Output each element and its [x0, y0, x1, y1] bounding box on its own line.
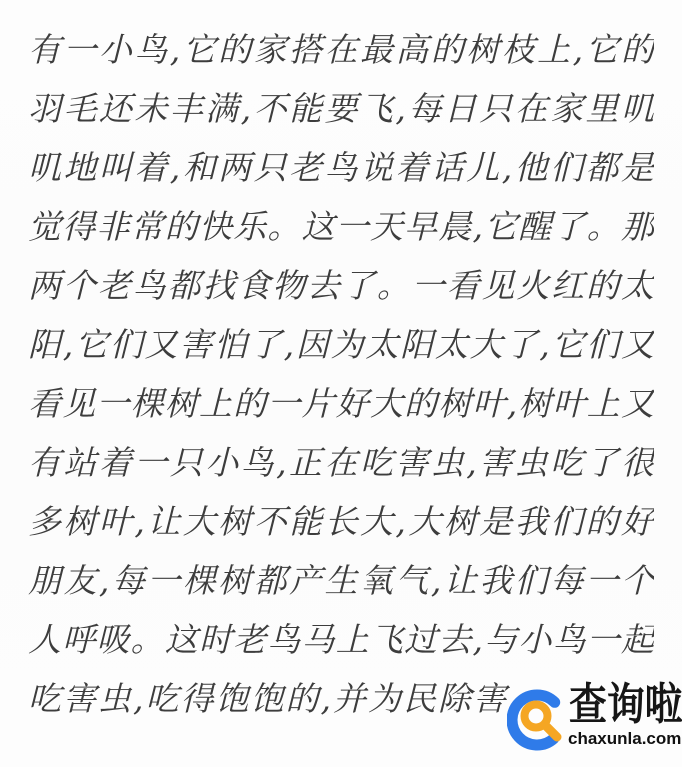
watermark-site-url: chaxunla.com — [568, 729, 681, 749]
essay-line: 羽毛还未丰满,不能要飞,每日只在家里叽 — [28, 79, 654, 138]
magnifier-icon — [507, 688, 569, 756]
essay-line: 有站着一只小鸟,正在吃害虫,害虫吃了很 — [28, 433, 654, 492]
handwritten-essay-page: 有一小鸟,它的家搭在最高的树枝上,它的 羽毛还未丰满,不能要飞,每日只在家里叽 … — [0, 0, 682, 767]
watermark-brand-name: 查询啦 — [569, 682, 682, 728]
magnifier-handle — [545, 725, 557, 737]
essay-line: 看见一棵树上的一片好大的树叶,树叶上又 — [28, 374, 654, 433]
essay-line: 叽地叫着,和两只老鸟说着话儿,他们都是 — [28, 138, 654, 197]
essay-line: 有一小鸟,它的家搭在最高的树枝上,它的 — [28, 20, 654, 79]
essay-line: 两个老鸟都找食物去了。一看见火红的太 — [28, 256, 654, 315]
essay-text-block: 有一小鸟,它的家搭在最高的树枝上,它的 羽毛还未丰满,不能要飞,每日只在家里叽 … — [28, 20, 654, 728]
essay-line: 多树叶,让大树不能长大,大树是我们的好 — [28, 492, 654, 551]
essay-line: 朋友,每一棵树都产生氧气,让我们每一个 — [28, 551, 654, 610]
watermark-chaxunla: 查询啦 chaxunla.com — [505, 682, 682, 764]
essay-line: 觉得非常的快乐。这一天早晨,它醒了。那 — [28, 197, 654, 256]
essay-line: 阳,它们又害怕了,因为太阳太大了,它们又 — [28, 315, 654, 374]
essay-line: 人呼吸。这时老鸟马上飞过去,与小鸟一起 — [28, 610, 654, 669]
